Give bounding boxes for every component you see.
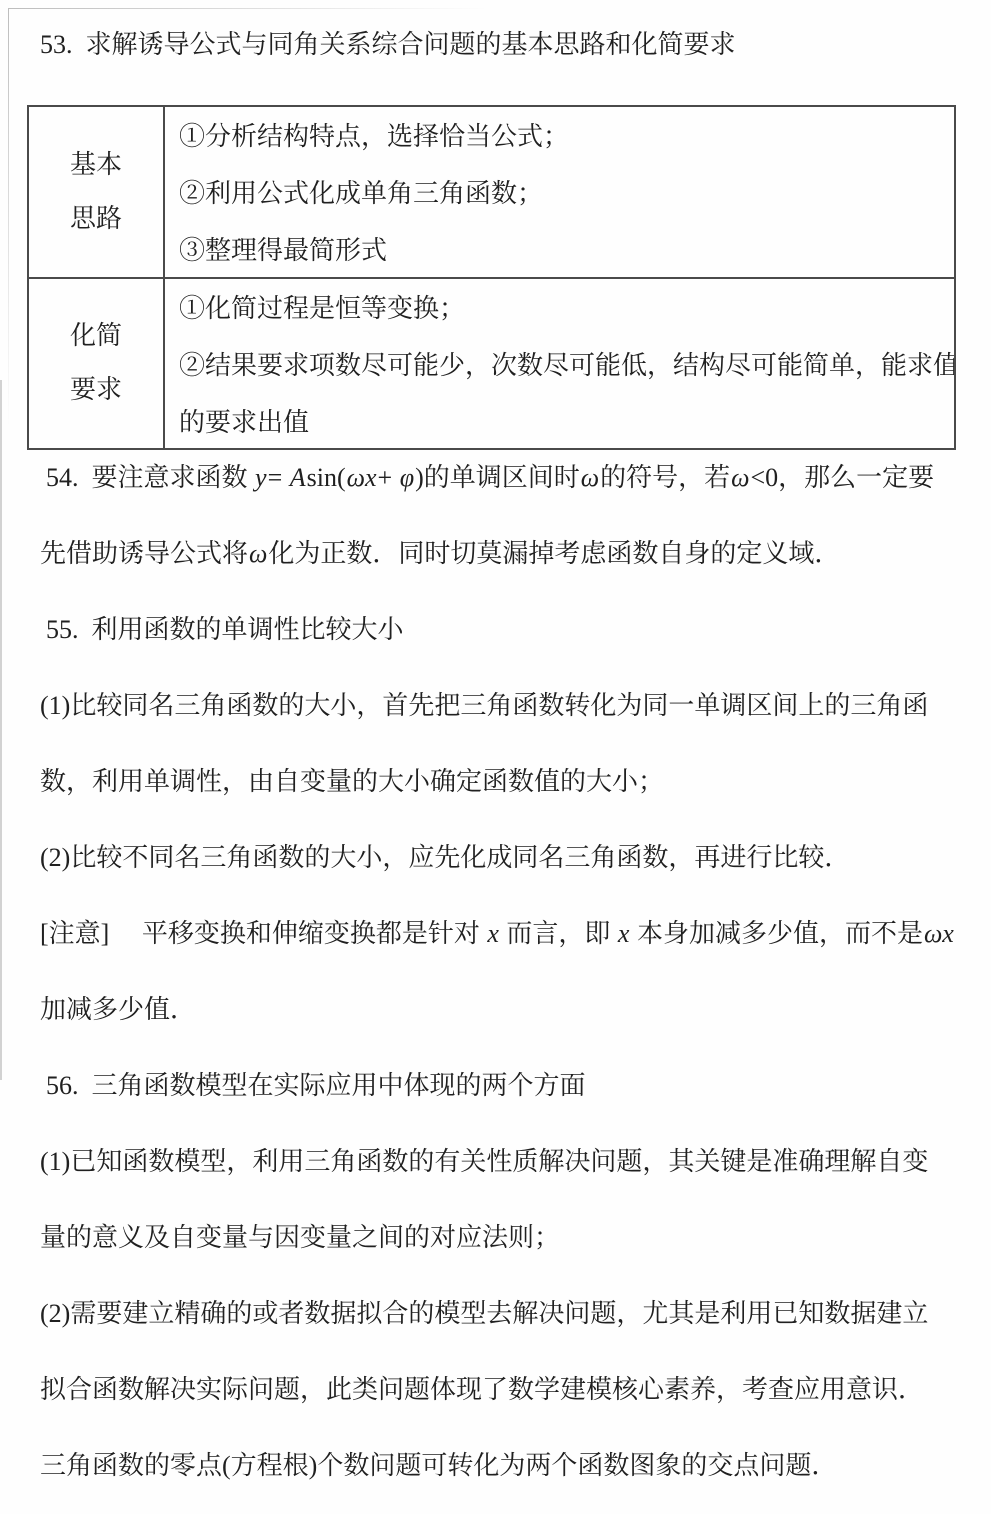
math-var-omega-x: ωx bbox=[346, 463, 378, 492]
row-header-simplify-requirements: 化简 要求 bbox=[29, 279, 165, 449]
row-content-basic-approach: ①分析结构特点，选择恰当公式； ②利用公式化成单角三角函数； ③整理得最简形式 bbox=[165, 107, 954, 277]
math-var-x: x bbox=[486, 919, 500, 948]
item-55-title: 55. 利用函数的单调性比较大小 bbox=[0, 592, 991, 668]
text-run: <0，那么一定要 bbox=[751, 463, 935, 492]
header-line: 要求 bbox=[70, 377, 122, 403]
item-54-line-1: 54. 要注意求函数 y= Asin(ωx+ φ)的单调区间时ω的符号，若ω<0… bbox=[0, 440, 991, 516]
item-56-point-1-line-1: (1)已知函数模型，利用三角函数的有关性质解决问题，其关键是准确理解自变 bbox=[0, 1124, 991, 1200]
text-run: )的单调区间时 bbox=[415, 463, 580, 492]
note-line-2: 加减多少值． bbox=[0, 972, 991, 1048]
item-56-title: 56. 三角函数模型在实际应用中体现的两个方面 bbox=[0, 1048, 991, 1124]
math-var-omega: ω bbox=[730, 463, 750, 492]
text-run: [注意] 平移变换和伸缩变换都是针对 bbox=[40, 919, 486, 948]
item-56-point-3: 三角函数的零点(方程根)个数问题可转化为两个函数图象的交点问题． bbox=[0, 1428, 991, 1504]
content-line: ②利用公式化成单角三角函数； bbox=[179, 165, 948, 222]
math-var-x: x bbox=[617, 919, 631, 948]
text-run: 的符号，若 bbox=[600, 463, 730, 492]
text-run: 化为正数．同时切莫漏掉考虑函数自身的定义域． bbox=[268, 539, 840, 568]
item-53-title: 53. 求解诱导公式与同角关系综合问题的基本思路和化简要求 bbox=[40, 30, 736, 60]
item-54-line-2: 先借助诱导公式将ω化为正数．同时切莫漏掉考虑函数自身的定义域． bbox=[0, 516, 991, 592]
content-line: ③整理得最简形式 bbox=[179, 222, 948, 277]
header-line: 基本 bbox=[70, 152, 122, 178]
text-run: 54. 要注意求函数 bbox=[46, 463, 254, 492]
text-run: = bbox=[268, 463, 289, 492]
item-55-point-2: (2)比较不同名三角函数的大小，应先化成同名三角函数，再进行比较． bbox=[0, 820, 991, 896]
math-var-A: A bbox=[289, 463, 307, 492]
content-line: ②结果要求项数尽可能少，次数尽可能低，结构尽可能简单，能求值 bbox=[179, 337, 948, 394]
row-header-basic-approach: 基本 思路 bbox=[29, 107, 165, 277]
math-var-omega: ω bbox=[248, 539, 268, 568]
item-56-point-2-line-1: (2)需要建立精确的或者数据拟合的模型去解决问题，尤其是利用已知数据建立 bbox=[0, 1276, 991, 1352]
text-run: 本身加减多少值，而不是 bbox=[630, 919, 923, 948]
math-func-sin: sin( bbox=[307, 463, 346, 492]
item-53-table: 基本 思路 ①分析结构特点，选择恰当公式； ②利用公式化成单角三角函数； ③整理… bbox=[27, 105, 956, 450]
math-var-y: y bbox=[254, 463, 268, 492]
math-var-phi: φ bbox=[399, 463, 415, 492]
text-run: 先借助诱导公式将 bbox=[40, 539, 248, 568]
math-var-omega: ω bbox=[580, 463, 600, 492]
scan-artifact-top-line bbox=[8, 8, 488, 9]
content-line: ①化简过程是恒等变换； bbox=[179, 280, 948, 337]
row-content-simplify-requirements: ①化简过程是恒等变换； ②结果要求项数尽可能少，次数尽可能低，结构尽可能简单，能… bbox=[165, 279, 954, 449]
table-row-basic-approach: 基本 思路 ①分析结构特点，选择恰当公式； ②利用公式化成单角三角函数； ③整理… bbox=[29, 107, 954, 277]
item-56-point-1-line-2: 量的意义及自变量与因变量之间的对应法则； bbox=[0, 1200, 991, 1276]
document-page: 53. 求解诱导公式与同角关系综合问题的基本思路和化简要求 基本 思路 ①分析结… bbox=[0, 0, 991, 1514]
content-line: ①分析结构特点，选择恰当公式； bbox=[179, 108, 948, 165]
math-var-omega-x: ωx bbox=[923, 919, 955, 948]
header-line: 化简 bbox=[70, 323, 122, 349]
body-text: 54. 要注意求函数 y= Asin(ωx+ φ)的单调区间时ω的符号，若ω<0… bbox=[0, 440, 991, 1504]
note-line-1: [注意] 平移变换和伸缩变换都是针对 x 而言，即 x 本身加减多少值，而不是ω… bbox=[0, 896, 991, 972]
scan-artifact-left-line bbox=[8, 8, 9, 428]
text-run: 而言，即 bbox=[500, 919, 617, 948]
item-56-point-2-line-2: 拟合函数解决实际问题，此类问题体现了数学建模核心素养，考查应用意识． bbox=[0, 1352, 991, 1428]
item-55-point-1-line-1: (1)比较同名三角函数的大小，首先把三角函数转化为同一单调区间上的三角函 bbox=[0, 668, 991, 744]
item-55-point-1-line-2: 数，利用单调性，由自变量的大小确定函数值的大小； bbox=[0, 744, 991, 820]
header-line: 思路 bbox=[70, 206, 122, 232]
text-run: + bbox=[378, 463, 399, 492]
table-row-simplify-requirements: 化简 要求 ①化简过程是恒等变换； ②结果要求项数尽可能少，次数尽可能低，结构尽… bbox=[29, 277, 954, 449]
